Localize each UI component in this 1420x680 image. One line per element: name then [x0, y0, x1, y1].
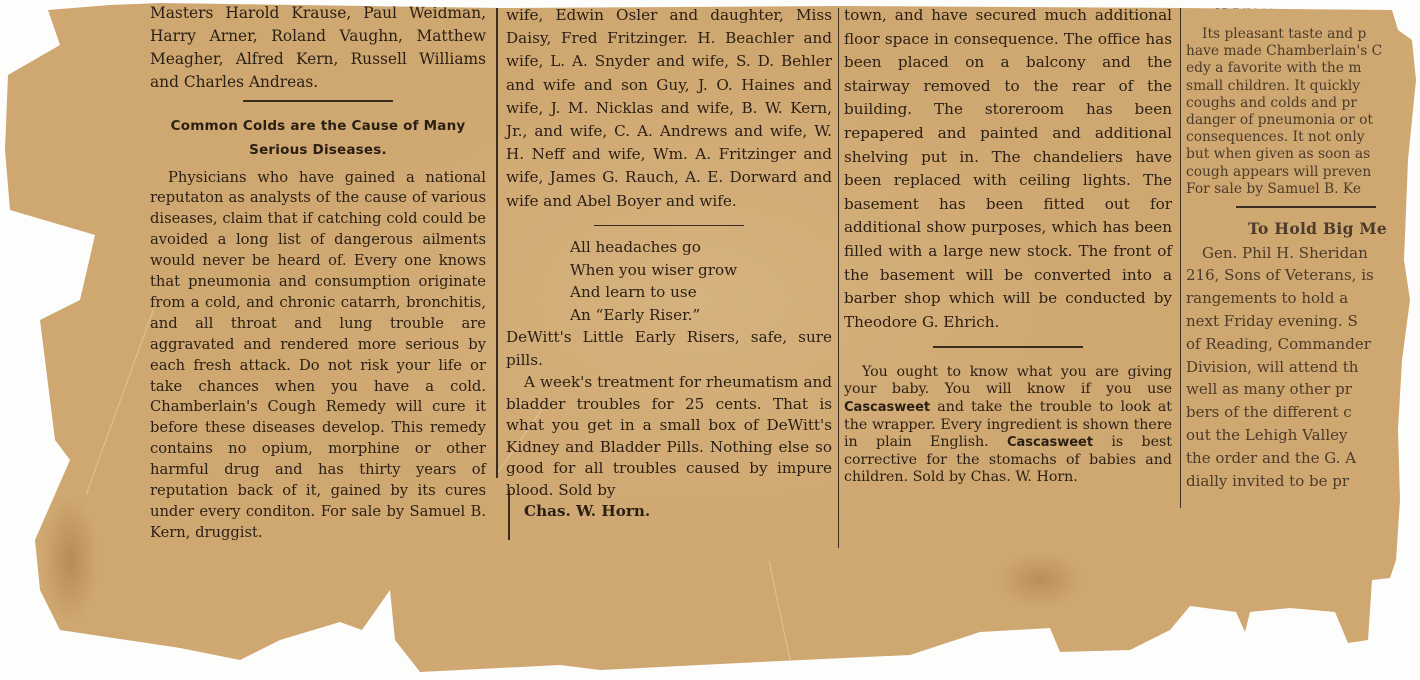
newspaper-clipping: Masters Harold Krause, Paul Weidman, Har…: [0, 0, 1420, 680]
column-rule: [496, 8, 498, 478]
column-4: A Favorite ... Its pleasant taste and p …: [1186, 0, 1416, 492]
column-2: wife, Edwin Osler and daughter, Miss Dai…: [506, 4, 832, 523]
chamberlain-ad: Its pleasant taste and p have made Chamb…: [1186, 26, 1416, 198]
cascasweet-ad: You ought to know what you are giving yo…: [844, 364, 1172, 487]
brand-name: Cascasweet: [844, 400, 930, 415]
continued-name-list: Masters Harold Krause, Paul Weidman, Har…: [150, 2, 486, 94]
column-rule: [838, 8, 839, 548]
column-rule: [1180, 8, 1181, 508]
article-body: Physicians who have gained a national re…: [150, 168, 486, 544]
article-headline: To Hold Big Me: [1186, 218, 1416, 240]
store-renovation-article: town, and have secured much additional f…: [844, 4, 1172, 334]
divider-rule: [933, 346, 1083, 348]
seller-name: Chas. W. Horn.: [506, 501, 832, 523]
dewitt-kidney-pills-ad: A week's treatment for rheumatism and bl…: [506, 372, 832, 523]
advertisement-poem: All headaches go When you wiser grow And…: [506, 236, 832, 326]
divider-rule: [243, 100, 393, 102]
divider-rule: [1236, 206, 1376, 208]
paper-crease: [86, 306, 155, 494]
sons-of-veterans-article: Gen. Phil H. Sheridan 216, Sons of Veter…: [1186, 242, 1416, 493]
paper-crease: [769, 561, 793, 669]
brand-name: Cascasweet: [1007, 435, 1093, 450]
column-3: town, and have secured much additional f…: [844, 4, 1172, 487]
dewitt-early-risers-ad: DeWitt's Little Early Risers, safe, sure…: [506, 326, 832, 372]
column-1: Masters Harold Krause, Paul Weidman, Har…: [150, 2, 486, 544]
divider-rule: [594, 225, 744, 227]
continued-guest-list: wife, Edwin Osler and daughter, Miss Dai…: [506, 4, 832, 213]
article-headline-cut: A Favorite ...: [1186, 0, 1416, 14]
article-headline: Common Colds are the Cause of Many Serio…: [150, 114, 486, 162]
